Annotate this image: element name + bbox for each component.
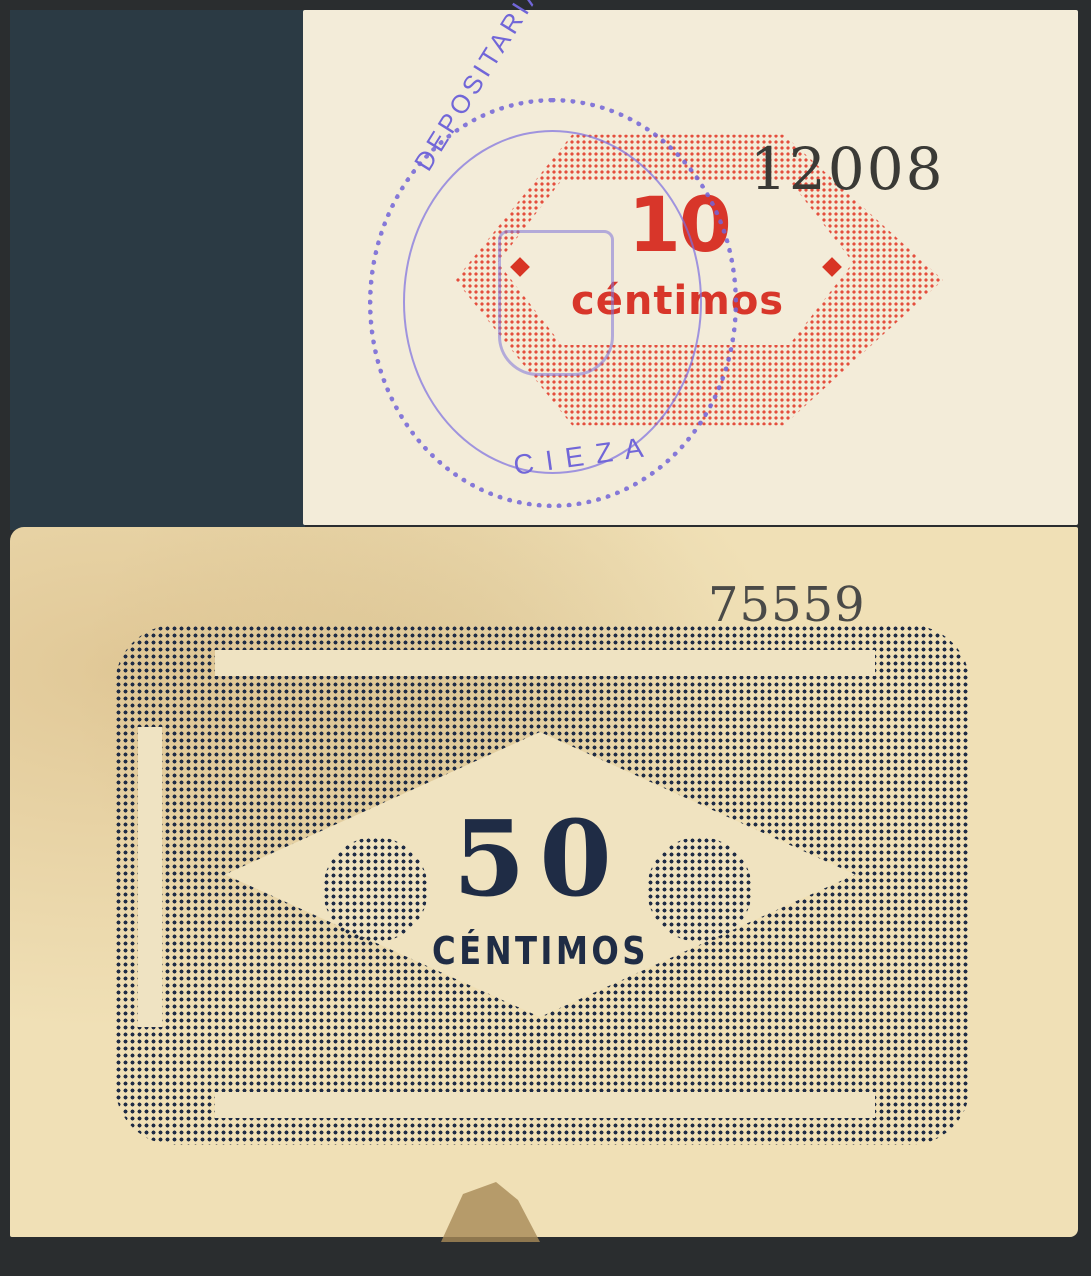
banknote-10-centimos: 10 céntimos 12008 DEPOSITARIA CIEZA [303, 10, 1078, 525]
denomination-unit: CÉNTIMOS [432, 929, 649, 973]
frame-slot-bottom [215, 1092, 875, 1118]
denomination-value: 50 [453, 797, 626, 920]
frame-slot-top [215, 650, 875, 676]
paper-damage-stain [430, 1182, 540, 1242]
serial-number: 12008 [750, 135, 945, 203]
banknote-50-centimos: 50 CÉNTIMOS 75559 [10, 527, 1078, 1237]
dotted-circle-right [647, 837, 752, 942]
dark-backdrop [10, 10, 305, 530]
dotted-circle-left [323, 837, 428, 942]
serial-number: 75559 [708, 577, 866, 633]
frame-slot-left [138, 727, 162, 1027]
coat-of-arms-icon [498, 230, 614, 376]
